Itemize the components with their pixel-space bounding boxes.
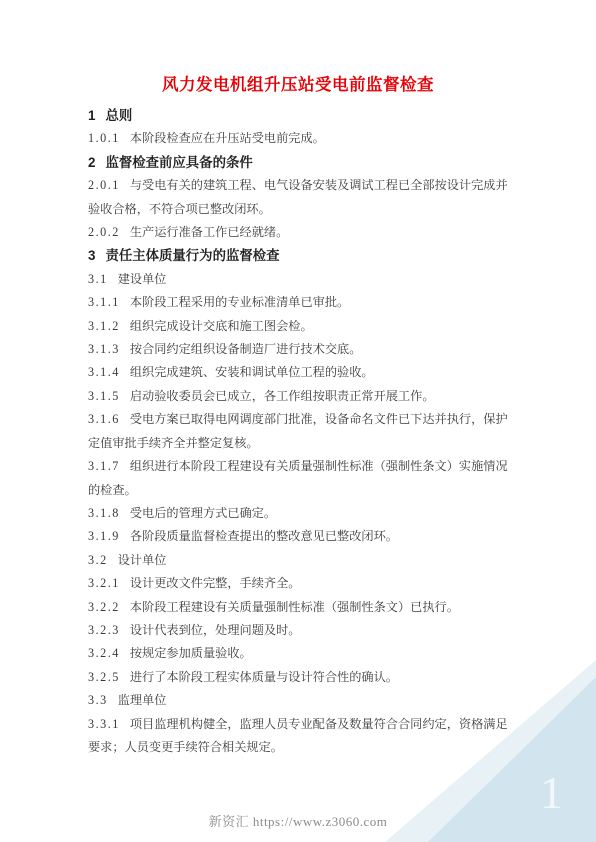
clause-paragraph: 3.1.8受电后的管理方式已确定。 [88,502,512,525]
clause-text: 本阶段工程采用的专业标准清单已审批。 [130,295,349,309]
clause-paragraph: 3.2.4按规定参加质量验收。 [88,642,512,665]
clause-number: 3.1.9 [88,529,120,543]
clause-text: 组织完成建筑、安装和调试单位工程的验收。 [130,365,374,379]
clause-text: 受电方案已取得电网调度部门批准，设备命名文件已下达并执行，保护定值审批手续齐全并… [88,412,508,449]
subsection-heading: 3.1建设单位 [88,268,512,291]
clause-text: 项目监理机构健全，监理人员专业配备及数量符合合同约定，资格满足要求；人员变更手续… [88,717,508,754]
clause-paragraph: 2.0.2生产运行准备工作已经就绪。 [88,221,512,244]
clause-number: 3.2.1 [88,576,120,590]
clause-paragraph: 3.2.2本阶段工程建设有关质量强制性标准（强制性条文）已执行。 [88,596,512,619]
clause-paragraph: 3.1.2组织完成设计交底和施工图会检。 [88,315,512,338]
clause-text: 监督检查前应具备的条件 [105,155,252,170]
clause-text: 各阶段质量监督检查提出的整改意见已整改闭环。 [130,529,398,543]
clause-number: 1.0.1 [88,131,120,145]
clause-text: 本阶段检查应在升压站受电前完成。 [130,131,325,145]
clause-text: 组织进行本阶段工程建设有关质量强制性标准（强制性条文）实施情况的检查。 [88,459,508,496]
subsection-heading: 3.2设计单位 [88,549,512,572]
document-body: 1总则1.0.1本阶段检查应在升压站受电前完成。2监督检查前应具备的条件2.0.… [88,104,512,759]
clause-paragraph: 3.1.1本阶段工程采用的专业标准清单已审批。 [88,291,512,314]
clause-number: 3.1.5 [88,389,120,403]
clause-number: 3.3.1 [88,717,120,731]
clause-text: 建设单位 [118,272,167,286]
clause-paragraph: 3.3.1项目监理机构健全，监理人员专业配备及数量符合合同约定，资格满足要求；人… [88,713,512,760]
clause-number: 3.1 [88,272,108,286]
clause-text: 生产运行准备工作已经就绪。 [130,225,288,239]
watermark-text: 新资汇 https://www.z3060.com [0,811,596,830]
clause-number: 3.1.4 [88,365,120,379]
clause-paragraph: 3.1.7组织进行本阶段工程建设有关质量强制性标准（强制性条文）实施情况的检查。 [88,455,512,502]
clause-number: 3.1.7 [88,459,120,473]
clause-paragraph: 3.1.5启动验收委员会已成立，各工作组按职责正常开展工作。 [88,385,512,408]
clause-text: 责任主体质量行为的监督检查 [105,248,279,263]
section-heading: 2监督检查前应具备的条件 [88,151,512,174]
clause-number: 3 [88,248,96,263]
clause-paragraph: 3.2.3设计代表到位，处理问题及时。 [88,619,512,642]
clause-number: 3.2.2 [88,600,120,614]
clause-number: 3.1.3 [88,342,120,356]
clause-paragraph: 3.1.9各阶段质量监督检查提出的整改意见已整改闭环。 [88,525,512,548]
section-heading: 3责任主体质量行为的监督检查 [88,244,512,267]
clause-text: 与受电有关的建筑工程、电气设备安装及调试工程已全部按设计完成并验收合格，不符合项… [88,178,508,215]
clause-paragraph: 3.1.4组织完成建筑、安装和调试单位工程的验收。 [88,361,512,384]
clause-number: 1 [88,108,96,123]
clause-paragraph: 3.2.1设计更改文件完整，手续齐全。 [88,572,512,595]
clause-paragraph: 3.1.6受电方案已取得电网调度部门批准，设备命名文件已下达并执行，保护定值审批… [88,408,512,455]
clause-paragraph: 3.1.3按合同约定组织设备制造厂进行技术交底。 [88,338,512,361]
clause-text: 启动验收委员会已成立，各工作组按职责正常开展工作。 [130,389,435,403]
clause-number: 2.0.2 [88,225,120,239]
clause-number: 3.3 [88,693,108,707]
clause-paragraph: 2.0.1与受电有关的建筑工程、电气设备安装及调试工程已全部按设计完成并验收合格… [88,174,512,221]
clause-text: 监理单位 [118,693,167,707]
document-title: 风力发电机组升压站受电前监督检查 [0,75,596,95]
clause-text: 设计更改文件完整，手续齐全。 [130,576,301,590]
subsection-heading: 3.3监理单位 [88,689,512,712]
document-page: 1 风力发电机组升压站受电前监督检查 1总则1.0.1本阶段检查应在升压站受电前… [0,0,596,842]
clause-number: 3.2.3 [88,623,120,637]
clause-text: 本阶段工程建设有关质量强制性标准（强制性条文）已执行。 [130,600,459,614]
page-number: 1 [540,770,563,816]
clause-number: 2 [88,155,96,170]
clause-text: 设计单位 [118,553,167,567]
section-heading: 1总则 [88,104,512,127]
clause-text: 按规定参加质量验收。 [130,646,252,660]
clause-paragraph: 3.2.5进行了本阶段工程实体质量与设计符合性的确认。 [88,666,512,689]
clause-number: 3.1.6 [88,412,120,426]
clause-number: 3.1.2 [88,319,120,333]
clause-number: 3.2 [88,553,108,567]
clause-number: 3.1.1 [88,295,120,309]
clause-text: 总则 [105,108,132,123]
clause-text: 进行了本阶段工程实体质量与设计符合性的确认。 [130,670,398,684]
clause-paragraph: 1.0.1本阶段检查应在升压站受电前完成。 [88,127,512,150]
clause-number: 3.2.4 [88,646,120,660]
clause-number: 3.1.8 [88,506,120,520]
clause-text: 按合同约定组织设备制造厂进行技术交底。 [130,342,362,356]
clause-text: 设计代表到位，处理问题及时。 [130,623,301,637]
clause-number: 3.2.5 [88,670,120,684]
clause-number: 2.0.1 [88,178,120,192]
clause-text: 受电后的管理方式已确定。 [130,506,276,520]
clause-text: 组织完成设计交底和施工图会检。 [130,319,313,333]
